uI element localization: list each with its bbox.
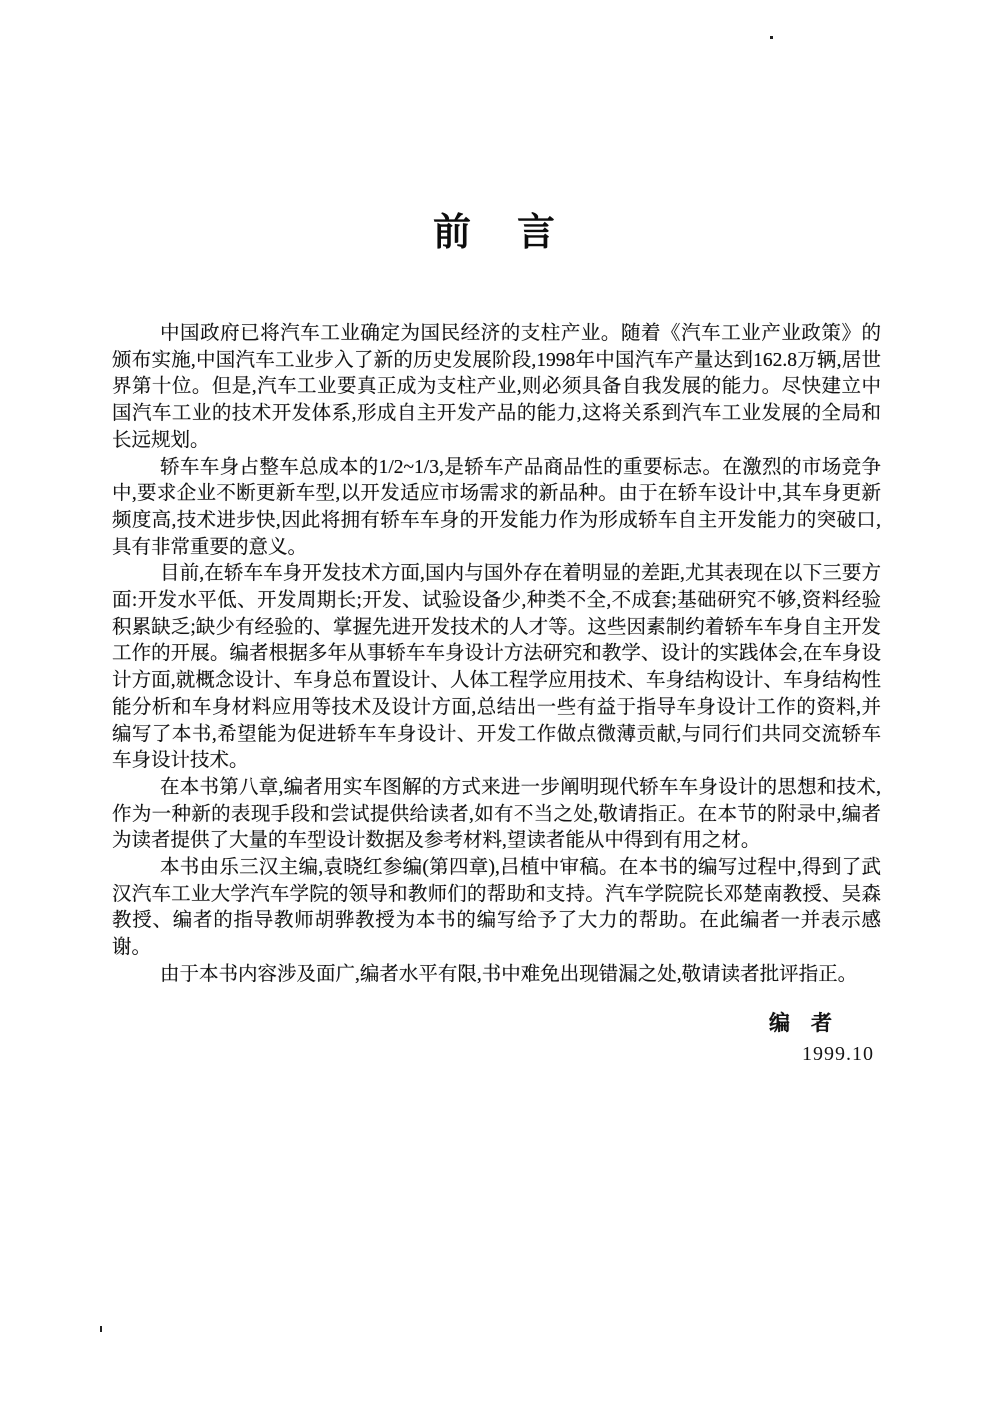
paragraph-3: 目前,在轿车车身开发技术方面,国内与国外存在着明显的差距,尤其表现在以下三要方面… (112, 561, 881, 775)
paragraph-4: 在本书第八章,编者用实车图解的方式来进一步阐明现代轿车车身设计的思想和技术,作为… (112, 775, 881, 855)
scan-speck-top (770, 36, 773, 39)
paragraph-1: 中国政府已将汽车工业确定为国民经济的支柱产业。随着《汽车工业产业政策》的颁布实施… (112, 321, 881, 455)
paragraph-6: 由于本书内容涉及面广,编者水平有限,书中难免出现错漏之处,敬请读者批评指正。 (112, 962, 881, 989)
preface-body: 中国政府已将汽车工业确定为国民经济的支柱产业。随着《汽车工业产业政策》的颁布实施… (112, 321, 881, 989)
signature-block: 编 者 1999.10 (0, 1011, 992, 1066)
paragraph-2: 轿车车身占整车总成本的1/2~1/3,是轿车产品商品性的重要标志。在激烈的市场竞… (112, 455, 881, 562)
scanned-preface-page: 前 言 中国政府已将汽车工业确定为国民经济的支柱产业。随着《汽车工业产业政策》的… (0, 0, 992, 1402)
scan-speck-bottom (100, 1326, 102, 1332)
page-title: 前 言 (0, 0, 992, 253)
signature-date: 1999.10 (0, 1042, 992, 1066)
author-signature: 编 者 (0, 1011, 992, 1035)
paragraph-5: 本书由乐三汉主编,袁晓红参编(第四章),吕植中审稿。在本书的编写过程中,得到了武… (112, 855, 881, 962)
